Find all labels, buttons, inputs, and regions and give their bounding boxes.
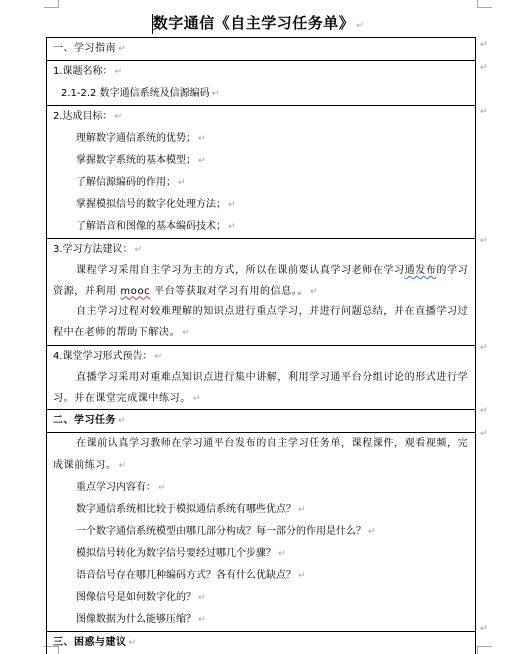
methods-label: 3.学习方法建议：↵ <box>53 239 475 261</box>
goal-item: 理解数字通信系统的优势；↵ <box>53 128 475 150</box>
question-item: 模拟信号转化为数字信号要经过哪几个步骤？↵ <box>53 543 475 565</box>
cell-guide-heading[interactable]: 一、学习指南↵ <box>47 38 476 61</box>
cell-goals[interactable]: 2.达成目标：↵ 理解数字通信系统的优势；↵ 掌握数字系统的基本模型；↵ 了解信… <box>47 106 476 239</box>
paragraph-mark-icon: ↵ <box>278 549 286 559</box>
question-item: 数字通信系统相比较于模拟通信系统有哪些优点？↵ <box>53 499 475 521</box>
goal-item: 了解信源编码的作用；↵ <box>53 172 475 194</box>
preview-label: 4.课堂学习形式预告：↵ <box>53 346 475 368</box>
crop-mark-top-left <box>44 0 59 8</box>
cell-tasks[interactable]: 在课前认真学习教师在学习通平台发布的自主学习任务单，课程课件，观看视频，完成课前… <box>47 433 476 632</box>
title-text: 数字通信《自主学习任务单》 <box>153 14 355 32</box>
cell-tasks-heading[interactable]: 二、学习任务↵ <box>47 410 476 433</box>
grammar-flag[interactable]: 通发布 <box>405 265 437 276</box>
section-heading-guide: 一、学习指南↵ <box>53 38 475 60</box>
paragraph-mark-icon: ↵ <box>298 571 306 581</box>
row-end-mark-icon: ↵ <box>480 343 488 353</box>
paragraph-mark-icon: ↵ <box>158 483 166 493</box>
section-heading-feedback: 三、困惑与建议↵ <box>53 632 475 654</box>
paragraph-mark-icon: ↵ <box>118 416 126 426</box>
paragraph-mark-icon: ↵ <box>356 21 364 31</box>
goals-label: 2.达成目标：↵ <box>53 106 475 128</box>
paragraph-mark-icon: ↵ <box>182 328 190 338</box>
methods-paragraph-2: 自主学习过程对较难理解的知识点进行重点学习，并进行问题总结，并在直播学习过程中在… <box>53 302 475 343</box>
question-item: 图像数据为什么能够压缩？↵ <box>53 609 475 631</box>
paragraph-mark-icon: ↵ <box>198 615 206 625</box>
question-item: 一个数字通信系统模型由哪几部分构成？每一部分的作用是什么？↵ <box>53 521 475 543</box>
paragraph-mark-icon: ↵ <box>228 200 236 210</box>
topic-label: 1.课题名称：↵ <box>53 61 475 83</box>
key-content-label: 重点学习内容有：↵ <box>53 477 475 499</box>
row-end-mark-icon: ↵ <box>480 429 488 439</box>
paragraph-mark-icon: ↵ <box>212 89 220 99</box>
methods-paragraph-1: 课程学习采用自主学习为主的方式，所以在课前要认真学习老师在学习通发布的学习资源，… <box>53 261 475 302</box>
crop-mark-top-right <box>477 0 492 8</box>
crop-mark-bottom-right <box>477 646 492 654</box>
row-end-mark-icon: ↵ <box>480 406 488 416</box>
row-end-mark-icon: ↵ <box>480 40 488 50</box>
paragraph-mark-icon: ↵ <box>119 461 127 471</box>
question-item: 图像信号是如何数字化的？↵ <box>53 587 475 609</box>
cell-preview[interactable]: 4.课堂学习形式预告：↵ 直播学习采用对重难点知识点进行集中讲解，利用学习通平台… <box>47 346 476 410</box>
paragraph-mark-icon: ↵ <box>198 156 206 166</box>
goal-item: 掌握数字系统的基本模型；↵ <box>53 150 475 172</box>
topic-value: 2.1-2.2 数字通信系统及信源编码↵ <box>53 83 475 105</box>
row-end-mark-icon: ↵ <box>480 624 488 634</box>
paragraph-mark-icon: ↵ <box>135 245 143 255</box>
cell-feedback-heading[interactable]: 三、困惑与建议↵ <box>47 632 476 654</box>
paragraph-mark-icon: ↵ <box>298 505 306 515</box>
row-end-mark-icon: ↵ <box>480 107 488 117</box>
goal-item: 掌握模拟信号的数字化处理方法；↵ <box>53 194 475 216</box>
paragraph-mark-icon: ↵ <box>129 638 137 648</box>
paragraph-mark-icon: ↵ <box>368 527 376 537</box>
preview-paragraph: 直播学习采用对重难点知识点进行集中讲解，利用学习通平台分组讨论的形式进行学习。并… <box>53 368 475 409</box>
section-heading-tasks: 二、学习任务↵ <box>53 410 475 432</box>
paragraph-mark-icon: ↵ <box>228 222 236 232</box>
row-end-mark-icon: ↵ <box>480 236 488 246</box>
paragraph-mark-icon: ↵ <box>198 134 206 144</box>
goal-item: 了解语音和图像的基本编码技术；↵ <box>53 216 475 238</box>
cell-topic[interactable]: 1.课题名称：↵ 2.1-2.2 数字通信系统及信源编码↵ <box>47 61 476 106</box>
tasks-intro: 在课前认真学习教师在学习通平台发布的自主学习任务单，课程课件，观看视频，完成课前… <box>53 433 475 477</box>
paragraph-mark-icon: ↵ <box>178 178 186 188</box>
paragraph-mark-icon: ↵ <box>310 287 318 297</box>
question-item: 语音信号存在哪几种编码方式？各有什么优缺点？↵ <box>53 565 475 587</box>
paragraph-mark-icon: ↵ <box>115 112 123 122</box>
task-table: 一、学习指南↵ 1.课题名称：↵ 2.1-2.2 数字通信系统及信源编码↵ 2.… <box>46 37 476 654</box>
document-title[interactable]: 数字通信《自主学习任务单》↵ <box>0 12 516 34</box>
paragraph-mark-icon: ↵ <box>193 394 201 404</box>
paragraph-mark-icon: ↵ <box>198 593 206 603</box>
paragraph-mark-icon: ↵ <box>118 44 126 54</box>
cell-methods[interactable]: 3.学习方法建议：↵ 课程学习采用自主学习为主的方式，所以在课前要认真学习老师在… <box>47 239 476 346</box>
paragraph-mark-icon: ↵ <box>155 352 163 362</box>
spelling-flag[interactable]: mooc <box>120 286 150 297</box>
paragraph-mark-icon: ↵ <box>115 67 123 77</box>
row-end-mark-icon: ↵ <box>480 63 488 73</box>
